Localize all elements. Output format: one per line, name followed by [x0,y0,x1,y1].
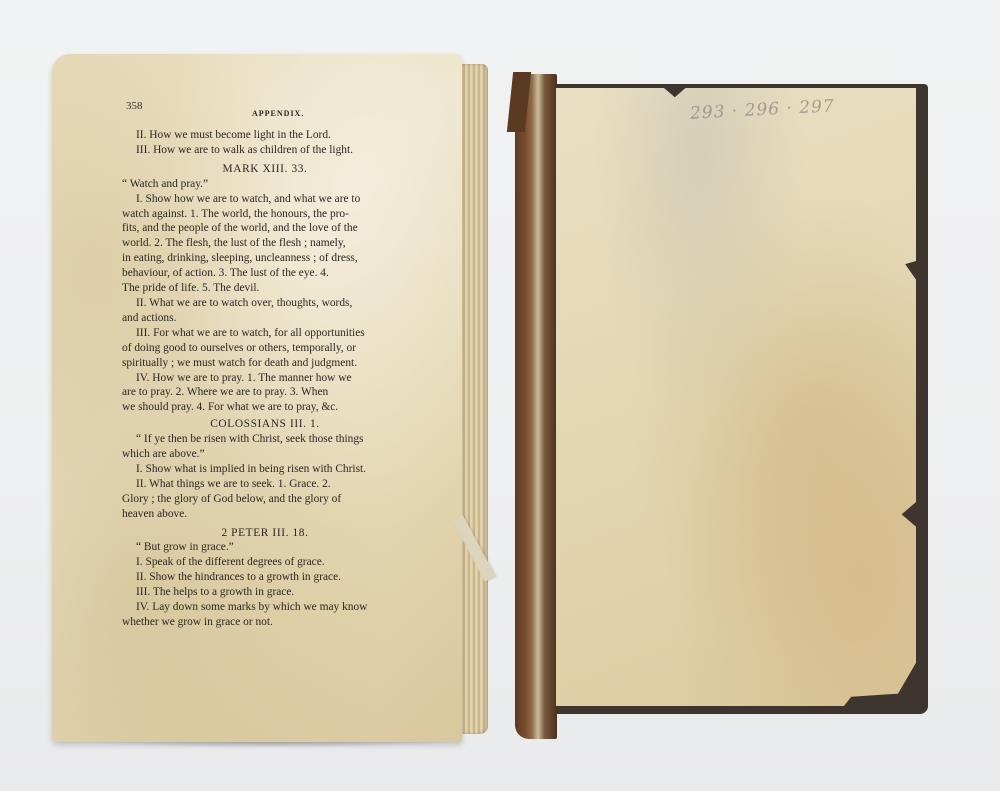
text-line: II. What we are to watch over, thoughts,… [122,296,408,311]
text-line: I. Show what is implied in being risen w… [122,462,408,477]
text-line: “ If ye then be risen with Christ, seek … [122,432,408,447]
page-text: II. How we must become light in the Lord… [122,128,408,630]
text-line: III. For what we are to watch, for all o… [122,326,408,341]
section-heading-colossians: COLOSSIANS III. 1. [122,417,408,432]
running-head: APPENDIX. [252,109,304,118]
left-page: 358 APPENDIX. II. How we must become lig… [52,54,462,742]
text-line: are to pray. 2. Where we are to pray. 3.… [122,385,408,400]
left-text-block: 358 APPENDIX. II. How we must become lig… [52,54,492,744]
text-line: II. How we must become light in the Lord… [122,128,408,143]
text-line: I. Show how we are to watch, and what we… [122,192,408,207]
text-line: IV. How we are to pray. 1. The manner ho… [122,371,408,386]
text-line: which are above.” [122,447,408,462]
text-line: The pride of life. 5. The devil. [122,281,408,296]
page-number: 358 [126,100,143,112]
section-heading-mark: MARK XIII. 33. [122,162,408,177]
text-line: III. How we are to walk as children of t… [122,143,408,158]
text-line: “ But grow in grace.” [122,540,408,555]
text-line: in eating, drinking, sleeping, uncleanne… [122,251,408,266]
text-line: of doing good to ourselves or others, te… [122,341,408,356]
text-line: I. Speak of the different degrees of gra… [122,555,408,570]
text-line: II. What things we are to seek. 1. Grace… [122,477,408,492]
text-line: we should pray. 4. For what we are to pr… [122,400,408,415]
text-line: watch against. 1. The world, the honours… [122,207,408,222]
text-line: III. The helps to a growth in grace. [122,585,408,600]
section-heading-peter: 2 PETER III. 18. [122,526,408,541]
endpaper [556,88,916,706]
book-spine [515,74,557,739]
text-line: whether we grow in grace or not. [122,615,408,630]
text-line: behaviour, of action. 3. The lust of the… [122,266,408,281]
text-line: fits, and the people of the world, and t… [122,221,408,236]
text-line: world. 2. The flesh, the lust of the fle… [122,236,408,251]
text-line: II. Show the hindrances to a growth in g… [122,570,408,585]
text-line: IV. Lay down some marks by which we may … [122,600,408,615]
text-line: heaven above. [122,507,408,522]
text-line: Glory ; the glory of God below, and the … [122,492,408,507]
text-line: and actions. [122,311,408,326]
text-line: spiritually ; we must watch for death an… [122,356,408,371]
text-line: “ Watch and pray.” [122,177,408,192]
